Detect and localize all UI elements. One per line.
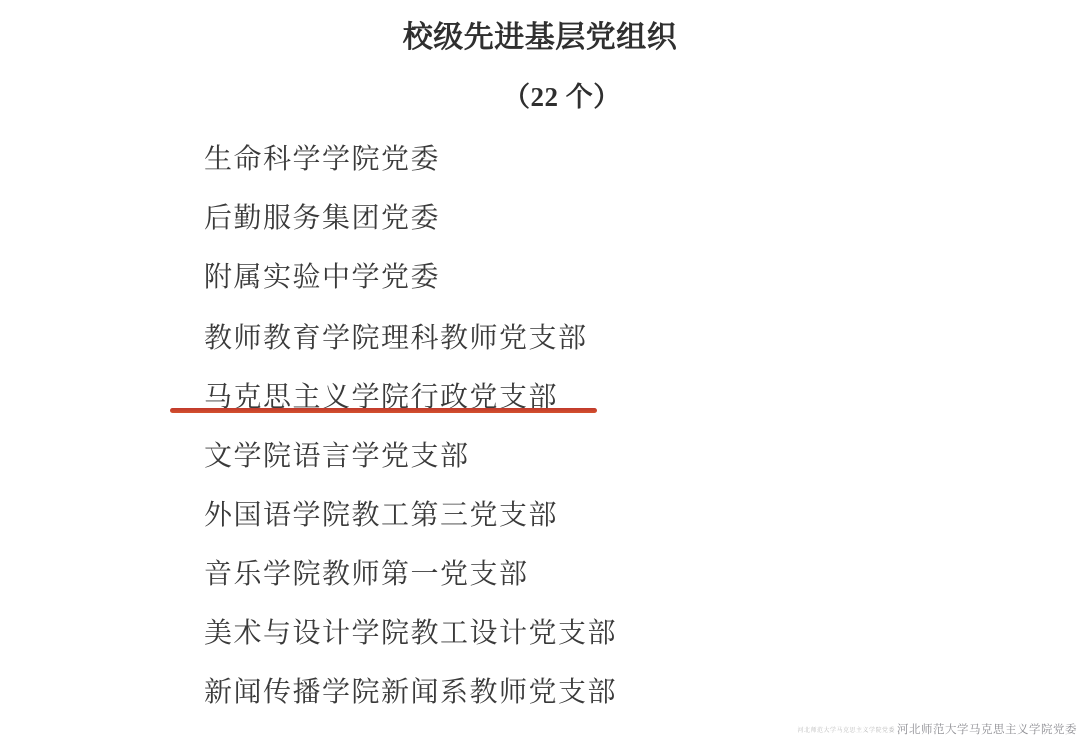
list-item: 美术与设计学院教工设计党支部 [204, 620, 617, 648]
watermark: 河北师范大学马克思主义学院党委河北师范大学马克思主义学院党委 [797, 720, 1077, 738]
list-item: 音乐学院教师第一党支部 [204, 561, 529, 589]
org-name: 生命科学学院党委 [204, 144, 440, 175]
red-underline-mark [170, 408, 597, 413]
list-item: 马克思主义学院行政党支部 [204, 384, 558, 412]
watermark-text: 河北师范大学马克思主义学院党委 [897, 724, 1077, 736]
watermark-tiny-text: 河北师范大学马克思主义学院党委 [797, 728, 895, 734]
org-name: 新闻传播学院新闻系教师党支部 [204, 677, 617, 708]
org-list: 生命科学学院党委后勤服务集团党委附属实验中学党委教师教育学院理科教师党支部马克思… [0, 0, 1080, 744]
org-name: 后勤服务集团党委 [204, 203, 440, 234]
org-name: 附属实验中学党委 [204, 262, 440, 293]
org-name: 文学院语言学党支部 [204, 441, 470, 472]
org-name: 音乐学院教师第一党支部 [204, 559, 529, 590]
list-item: 附属实验中学党委 [204, 264, 440, 292]
list-item: 外国语学院教工第三党支部 [204, 502, 558, 530]
list-item: 教师教育学院理科教师党支部 [204, 325, 588, 353]
org-name: 外国语学院教工第三党支部 [204, 500, 558, 531]
document-page: 校级先进基层党组织 （22 个） 生命科学学院党委后勤服务集团党委附属实验中学党… [0, 0, 1080, 744]
list-item: 新闻传播学院新闻系教师党支部 [204, 679, 617, 707]
list-item: 后勤服务集团党委 [204, 205, 440, 233]
list-item: 生命科学学院党委 [204, 146, 440, 174]
list-item: 文学院语言学党支部 [204, 443, 470, 471]
org-name: 教师教育学院理科教师党支部 [204, 323, 588, 354]
org-name: 美术与设计学院教工设计党支部 [204, 618, 617, 649]
